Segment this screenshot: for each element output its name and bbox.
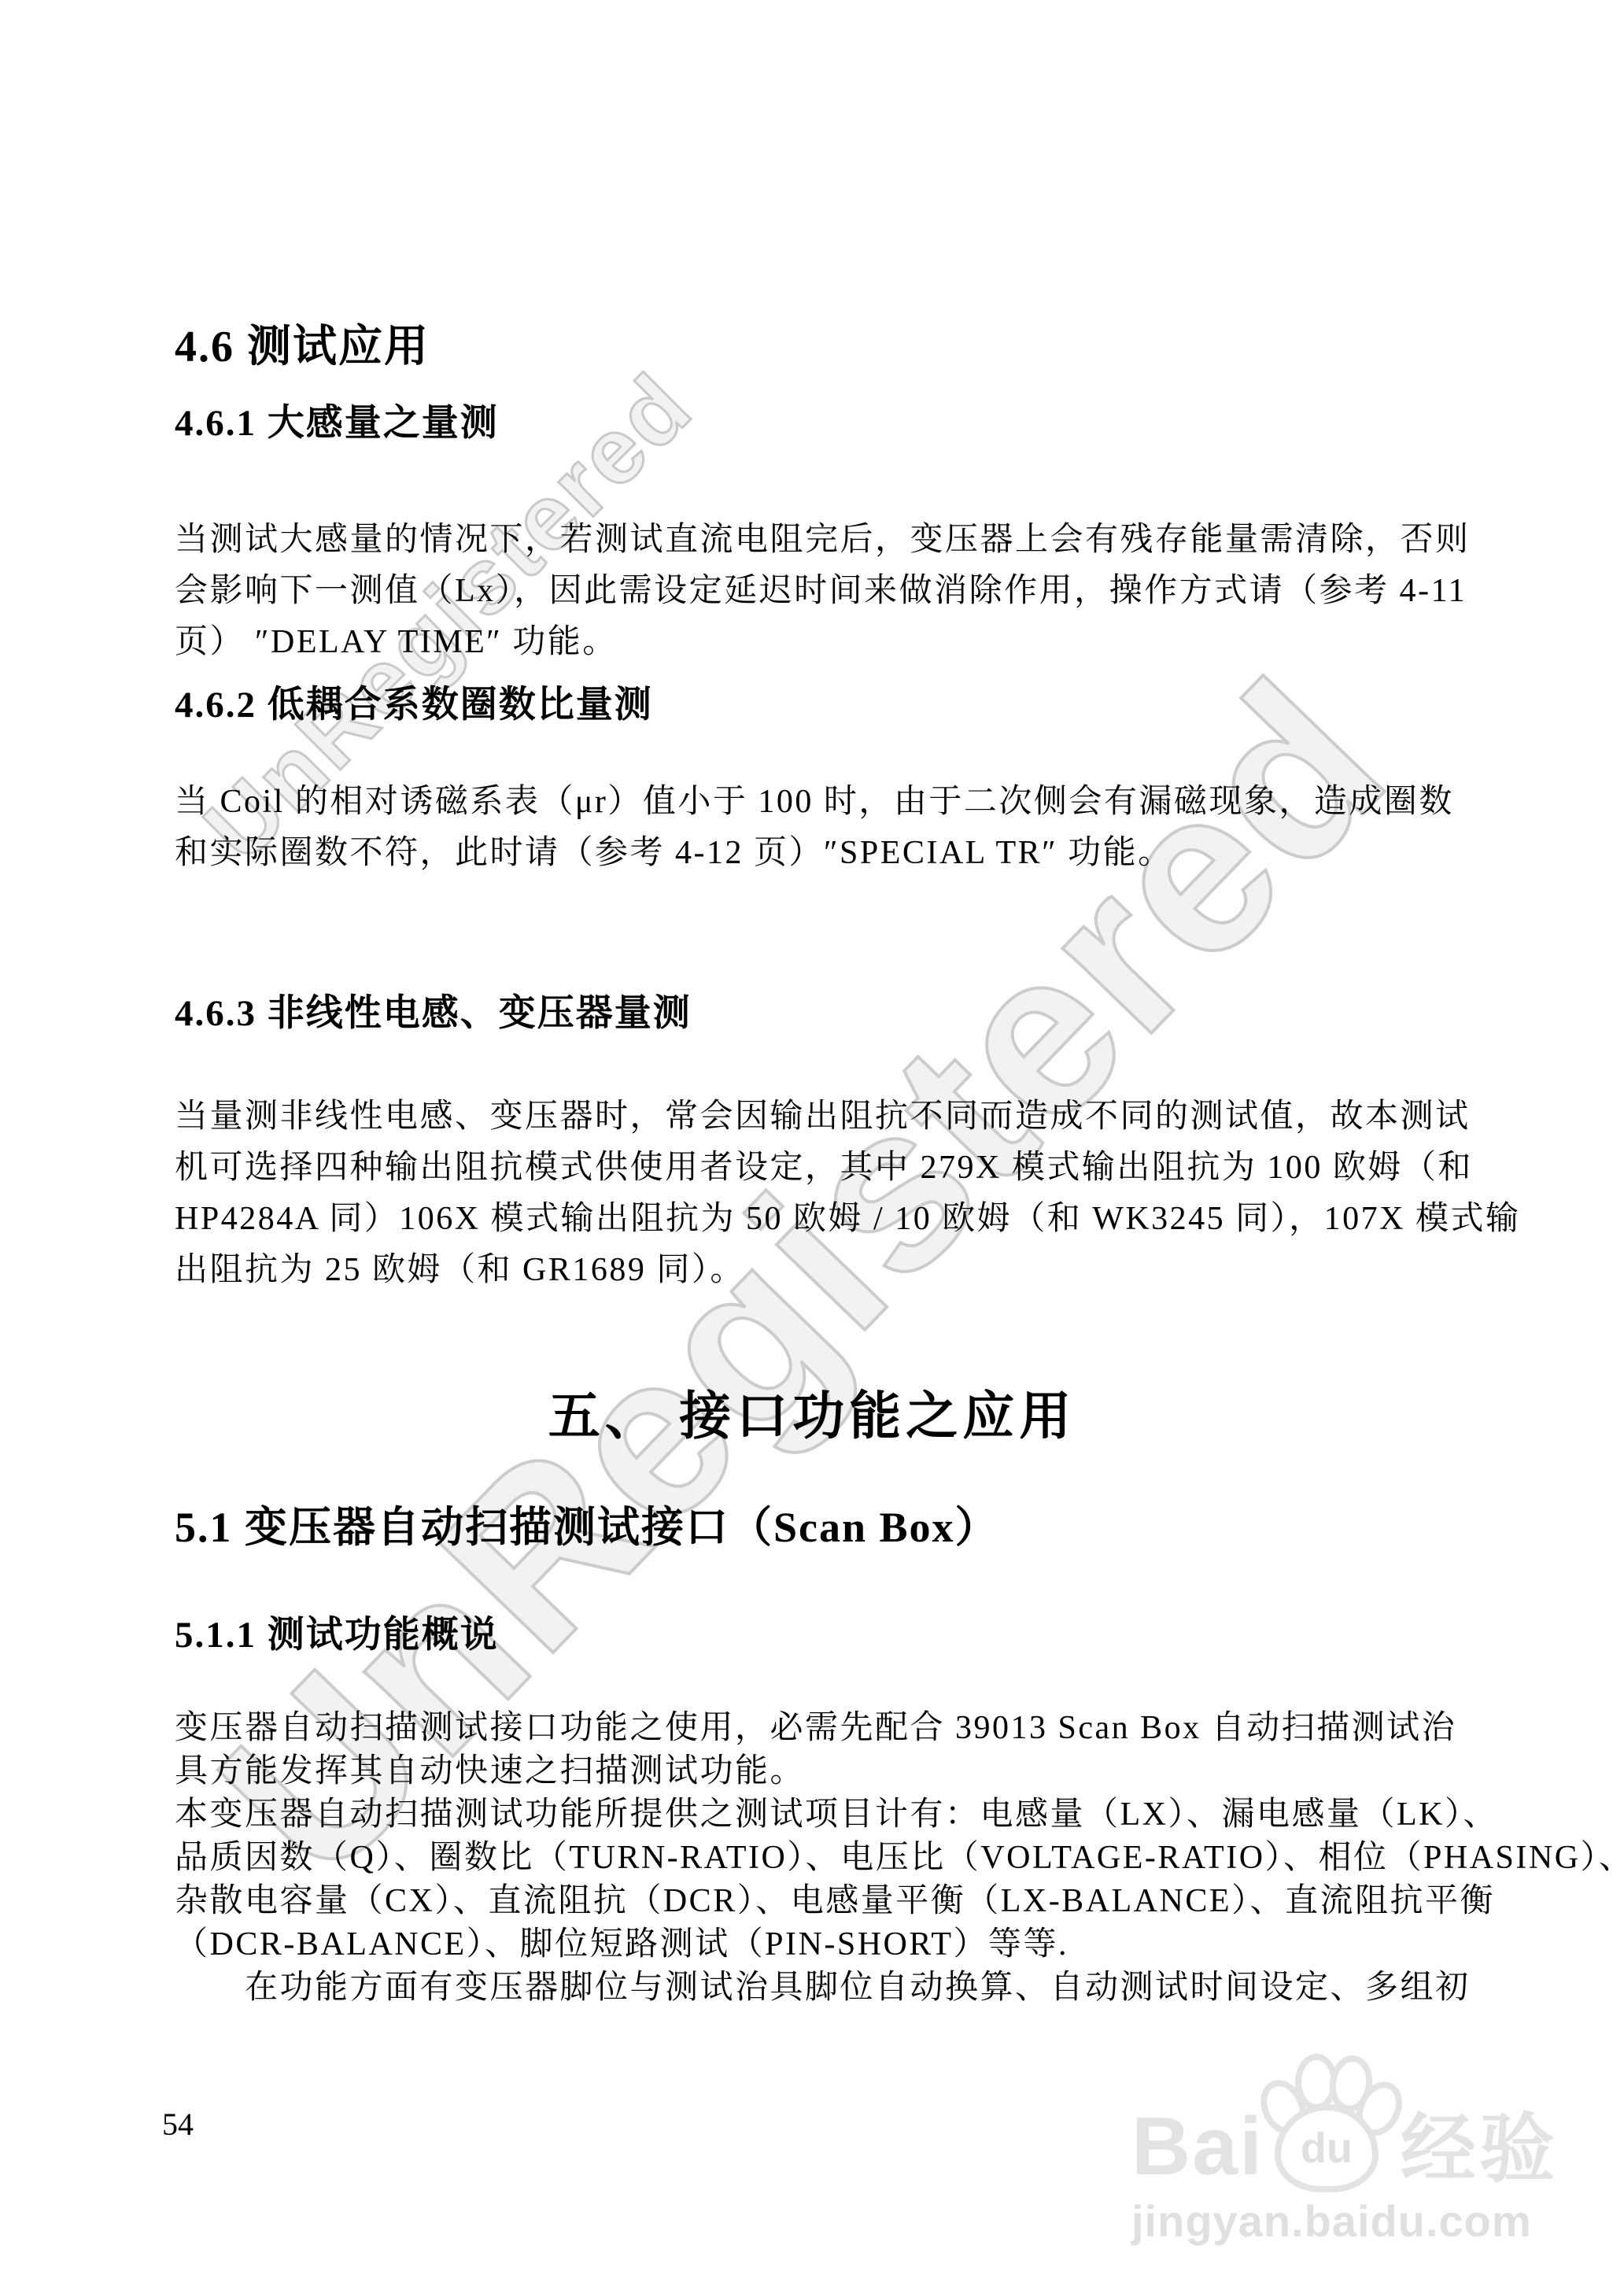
paragraph-4-6-1-line: 页） ″DELAY TIME″ 功能。 [175, 615, 1559, 663]
paragraph-4-6-3-line: HP4284A 同）106X 模式输出阻抗为 50 欧姆 / 10 欧姆（和 W… [175, 1192, 1559, 1239]
baidu-wordmark: Bai du 经验 [1131, 2055, 1572, 2188]
baidu-du-text: du [1301, 2124, 1353, 2173]
paragraph-4-6-2-line: 和实际圈数不符，此时请（参考 4-12 页）″SPECIAL TR″ 功能。 [175, 826, 1559, 873]
paragraph-4-6-3-line: 出阻抗为 25 欧姆（和 GR1689 同）。 [175, 1243, 1559, 1291]
heading-5-1-1: 5.1.1 测试功能概说 [175, 1605, 499, 1658]
heading-4-6-2: 4.6.2 低耦合系数圈数比量测 [175, 675, 653, 728]
paragraph-4-6-2-line: 当 Coil 的相对诱磁系表（μr）值小于 100 时，由于二次侧会有漏磁现象，… [175, 775, 1559, 822]
heading-4-6: 4.6 测试应用 [175, 312, 430, 375]
paragraph-4-6-1-line: 当测试大感量的情况下，若测试直流电阻完后，变压器上会有残存能量需清除，否则 [175, 513, 1559, 560]
page-number: 54 [162, 2106, 194, 2143]
document-page: UnRegistered UnRegistered 4.6 测试应用 4.6.1… [0, 0, 1624, 2293]
heading-4-6-3: 4.6.3 非线性电感、变压器量测 [175, 984, 692, 1036]
paragraph-5-1-1-line: 变压器自动扫描测试接口功能之使用，必需先配合 39013 Scan Box 自动… [175, 1701, 1559, 1748]
baidu-url: jingyan.baidu.com [1131, 2195, 1572, 2247]
baidu-paw-icon: du [1265, 2055, 1390, 2188]
paragraph-4-6-3-line: 机可选择四种输出阻抗模式供使用者设定，其中 279X 模式输出阻抗为 100 欧… [175, 1141, 1559, 1188]
paragraph-5-1-1-line: 在功能方面有变压器脚位与测试治具脚位自动换算、自动测试时间设定、多组初 [175, 1961, 1559, 2008]
baidu-bai-text: Bai [1131, 2106, 1264, 2188]
baidu-jingyan-logo: Bai du 经验 jingyan.baidu.com [1131, 2055, 1572, 2247]
paragraph-5-1-1-line: （DCR-BALANCE）、脚位短路测试（PIN-SHORT）等等. [175, 1918, 1559, 1965]
paragraph-5-1-1-line: 杂散电容量（CX）、直流阻抗（DCR）、电感量平衡（LX-BALANCE）、直流… [175, 1874, 1559, 1922]
paragraph-5-1-1-line: 具方能发挥其自动快速之扫描测试功能。 [175, 1745, 1559, 1792]
paragraph-4-6-1-line: 会影响下一测值（Lx），因此需设定延迟时间来做消除作用，操作方式请（参考 4-1… [175, 564, 1559, 611]
heading-4-6-1: 4.6.1 大感量之量测 [175, 393, 499, 446]
paragraph-4-6-3-line: 当量测非线性电感、变压器时，常会因输出阻抗不同而造成不同的测试值，故本测试 [175, 1090, 1559, 1137]
baidu-jingyan-label: 经验 [1401, 2112, 1558, 2188]
paragraph-5-1-1-line: 品质因数（Q）、圈数比（TURN-RATIO）、电压比（VOLTAGE-RATI… [175, 1831, 1559, 1878]
heading-5-1: 5.1 变压器自动扫描测试接口（Scan Box） [175, 1494, 999, 1554]
heading-chapter-5: 五、 接口功能之应用 [0, 1374, 1624, 1449]
paragraph-5-1-1-line: 本变压器自动扫描测试功能所提供之测试项目计有：电感量（LX）、漏电感量（LK）、 [175, 1788, 1559, 1835]
